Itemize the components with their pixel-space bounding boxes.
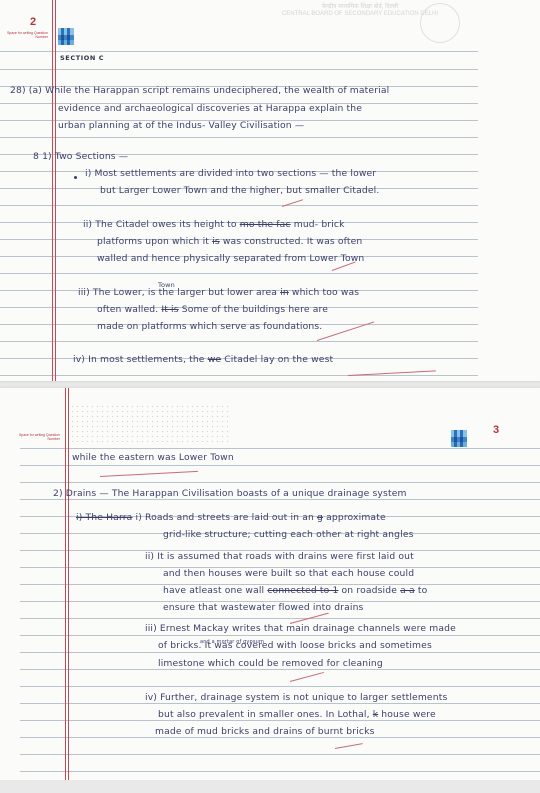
answer-line: ensure that wastewater flowed into drain…: [163, 602, 364, 614]
ruled-line: [0, 51, 478, 52]
answer-sheet-page-2: केन्द्रीय माध्यमिक शिक्षा बोर्ड, दिल्ली …: [0, 0, 540, 381]
teacher-tick-mark: [335, 743, 363, 749]
answer-line: ii) The Citadel owes its height to mo th…: [83, 219, 345, 231]
answer-line: i) The Harra i) Roads and streets are la…: [76, 512, 386, 524]
margin-label: Space for writing Question Number: [4, 31, 48, 39]
teacher-underline: [100, 471, 198, 477]
margin-line: [68, 388, 69, 780]
answer-line: iii) The Lower, is the larger but lower …: [78, 287, 359, 299]
section-title: SECTION C: [60, 54, 104, 62]
ruled-line: [20, 465, 540, 466]
answer-line: made of mud bricks and drains of burnt b…: [155, 726, 375, 738]
ruled-line: [0, 137, 478, 138]
ruled-line: [20, 448, 540, 449]
qr-code-icon: [451, 430, 467, 447]
answer-line: of bricks. It was covered with loose bri…: [158, 640, 432, 652]
margin-line: [55, 0, 56, 381]
answer-line: evidence and archaeological discoveries …: [58, 103, 362, 115]
ruled-line: [0, 273, 478, 274]
answer-line: but also prevalent in smaller ones. In L…: [158, 709, 436, 721]
answer-line: have atleast one wall connected to 1 on …: [163, 585, 427, 597]
dot-pattern-watermark: [70, 404, 230, 442]
board-seal-watermark: [420, 3, 460, 43]
answer-line: but Larger Lower Town and the higher, bu…: [100, 185, 379, 197]
answer-line: limestone which could be removed for cle…: [158, 658, 383, 670]
margin-line: [52, 0, 53, 381]
answer-line: and then houses were built so that each …: [163, 568, 414, 580]
ruled-line: [20, 652, 540, 653]
bullet-point: [74, 176, 77, 179]
ruled-line: [0, 69, 478, 70]
answer-line: made on platforms which serve as foundat…: [97, 321, 322, 333]
answer-line: 8 1) Two Sections —: [33, 151, 128, 163]
page-number: 2: [30, 16, 36, 28]
answer-line: walled and hence physically separated fr…: [97, 253, 364, 265]
answer-line: i) Most settlements are divided into two…: [85, 168, 376, 180]
ruled-line: [0, 341, 478, 342]
margin-line: [65, 388, 66, 780]
ruled-line: [20, 618, 540, 619]
ruled-line: [20, 686, 540, 687]
ruled-line: [20, 771, 540, 772]
ruled-line: [0, 375, 478, 376]
answer-sheet-page-3: 3 Space for writing Question Number whil…: [0, 388, 540, 780]
answer-line: 28) (a) While the Harappan script remain…: [10, 85, 389, 97]
ruled-line: [0, 205, 478, 206]
ruled-line: [20, 635, 540, 636]
answer-line: iii) Ernest Mackay writes that main drai…: [145, 623, 456, 635]
answer-line: often walled. It is Some of the building…: [97, 304, 328, 316]
margin-label: Space for writing Question Number: [16, 433, 60, 441]
qr-code-icon: [58, 28, 74, 45]
ruled-line: [20, 754, 540, 755]
answer-line: while the eastern was Lower Town: [72, 452, 234, 464]
answer-line: iv) Further, drainage system is not uniq…: [145, 692, 447, 704]
answer-line: grid-like structure; cutting each other …: [163, 529, 414, 541]
answer-line: iv) In most settlements, the we Citadel …: [73, 354, 333, 366]
ruled-line: [20, 482, 540, 483]
answer-line: platforms upon which it is was construct…: [97, 236, 362, 248]
answer-line: ii) It is assumed that roads with drains…: [145, 551, 414, 563]
page-number: 3: [493, 424, 499, 436]
teacher-tick-mark: [290, 672, 324, 682]
answer-line: 2) Drains — The Harappan Civilisation bo…: [53, 488, 407, 500]
answer-line: urban planning at of the Indus- Valley C…: [58, 120, 304, 132]
